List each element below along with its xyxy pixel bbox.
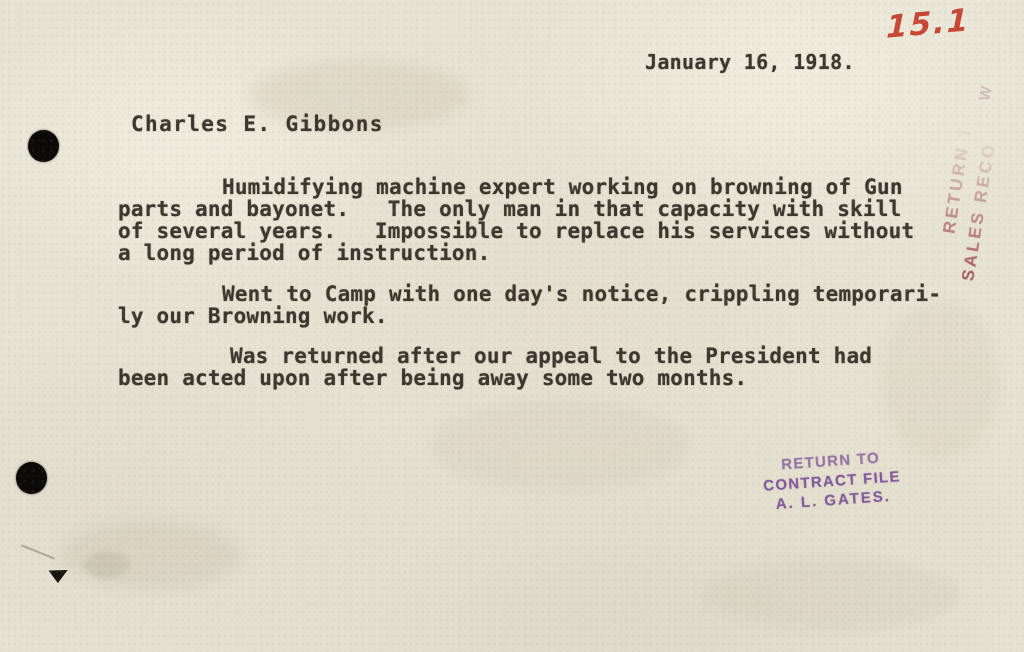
paragraph-line: Was returned after our appeal to the Pre…: [118, 345, 872, 367]
paragraph-line: of several years. Impossible to replace …: [118, 220, 914, 242]
contract-file-stamp: RETURN TO CONTRACT FILE A. L. GATES.: [750, 446, 914, 516]
paragraph-line: ly our Browning work.: [118, 305, 941, 327]
paper-smudge: [84, 552, 130, 578]
paragraph-1: Humidifying machine expert working on br…: [118, 176, 914, 264]
punch-hole-top: [28, 130, 59, 162]
punch-hole-bottom: [16, 462, 47, 494]
scanned-letter-page: 15.1 January 16, 1918. Charles E. Gibbon…: [0, 0, 1024, 652]
paper-blotch: [60, 520, 240, 590]
paragraph-line: Went to Camp with one day's notice, crip…: [118, 283, 941, 305]
paper-scratch: [21, 544, 55, 559]
vertical-edge-stamp: RETURN TO SALES RECO: [930, 127, 1007, 284]
paragraph-line: been acted upon after being away some tw…: [118, 367, 872, 389]
paragraph-3: Was returned after our appeal to the Pre…: [118, 345, 872, 389]
recipient-name: Charles E. Gibbons: [131, 112, 384, 136]
handwritten-file-number: 15.1: [886, 2, 971, 46]
paper-blotch: [700, 560, 960, 630]
paragraph-line: parts and bayonet. The only man in that …: [118, 198, 914, 220]
paragraph-2: Went to Camp with one day's notice, crip…: [118, 283, 941, 327]
paragraph-line: Humidifying machine expert working on br…: [118, 176, 914, 198]
paragraph-line: a long period of instruction.: [118, 242, 914, 264]
letter-date: January 16, 1918.: [645, 50, 855, 74]
paper-blotch: [430, 400, 690, 490]
faded-stamp-fragment: W: [976, 83, 996, 102]
ink-mark-triangle: [47, 568, 67, 584]
